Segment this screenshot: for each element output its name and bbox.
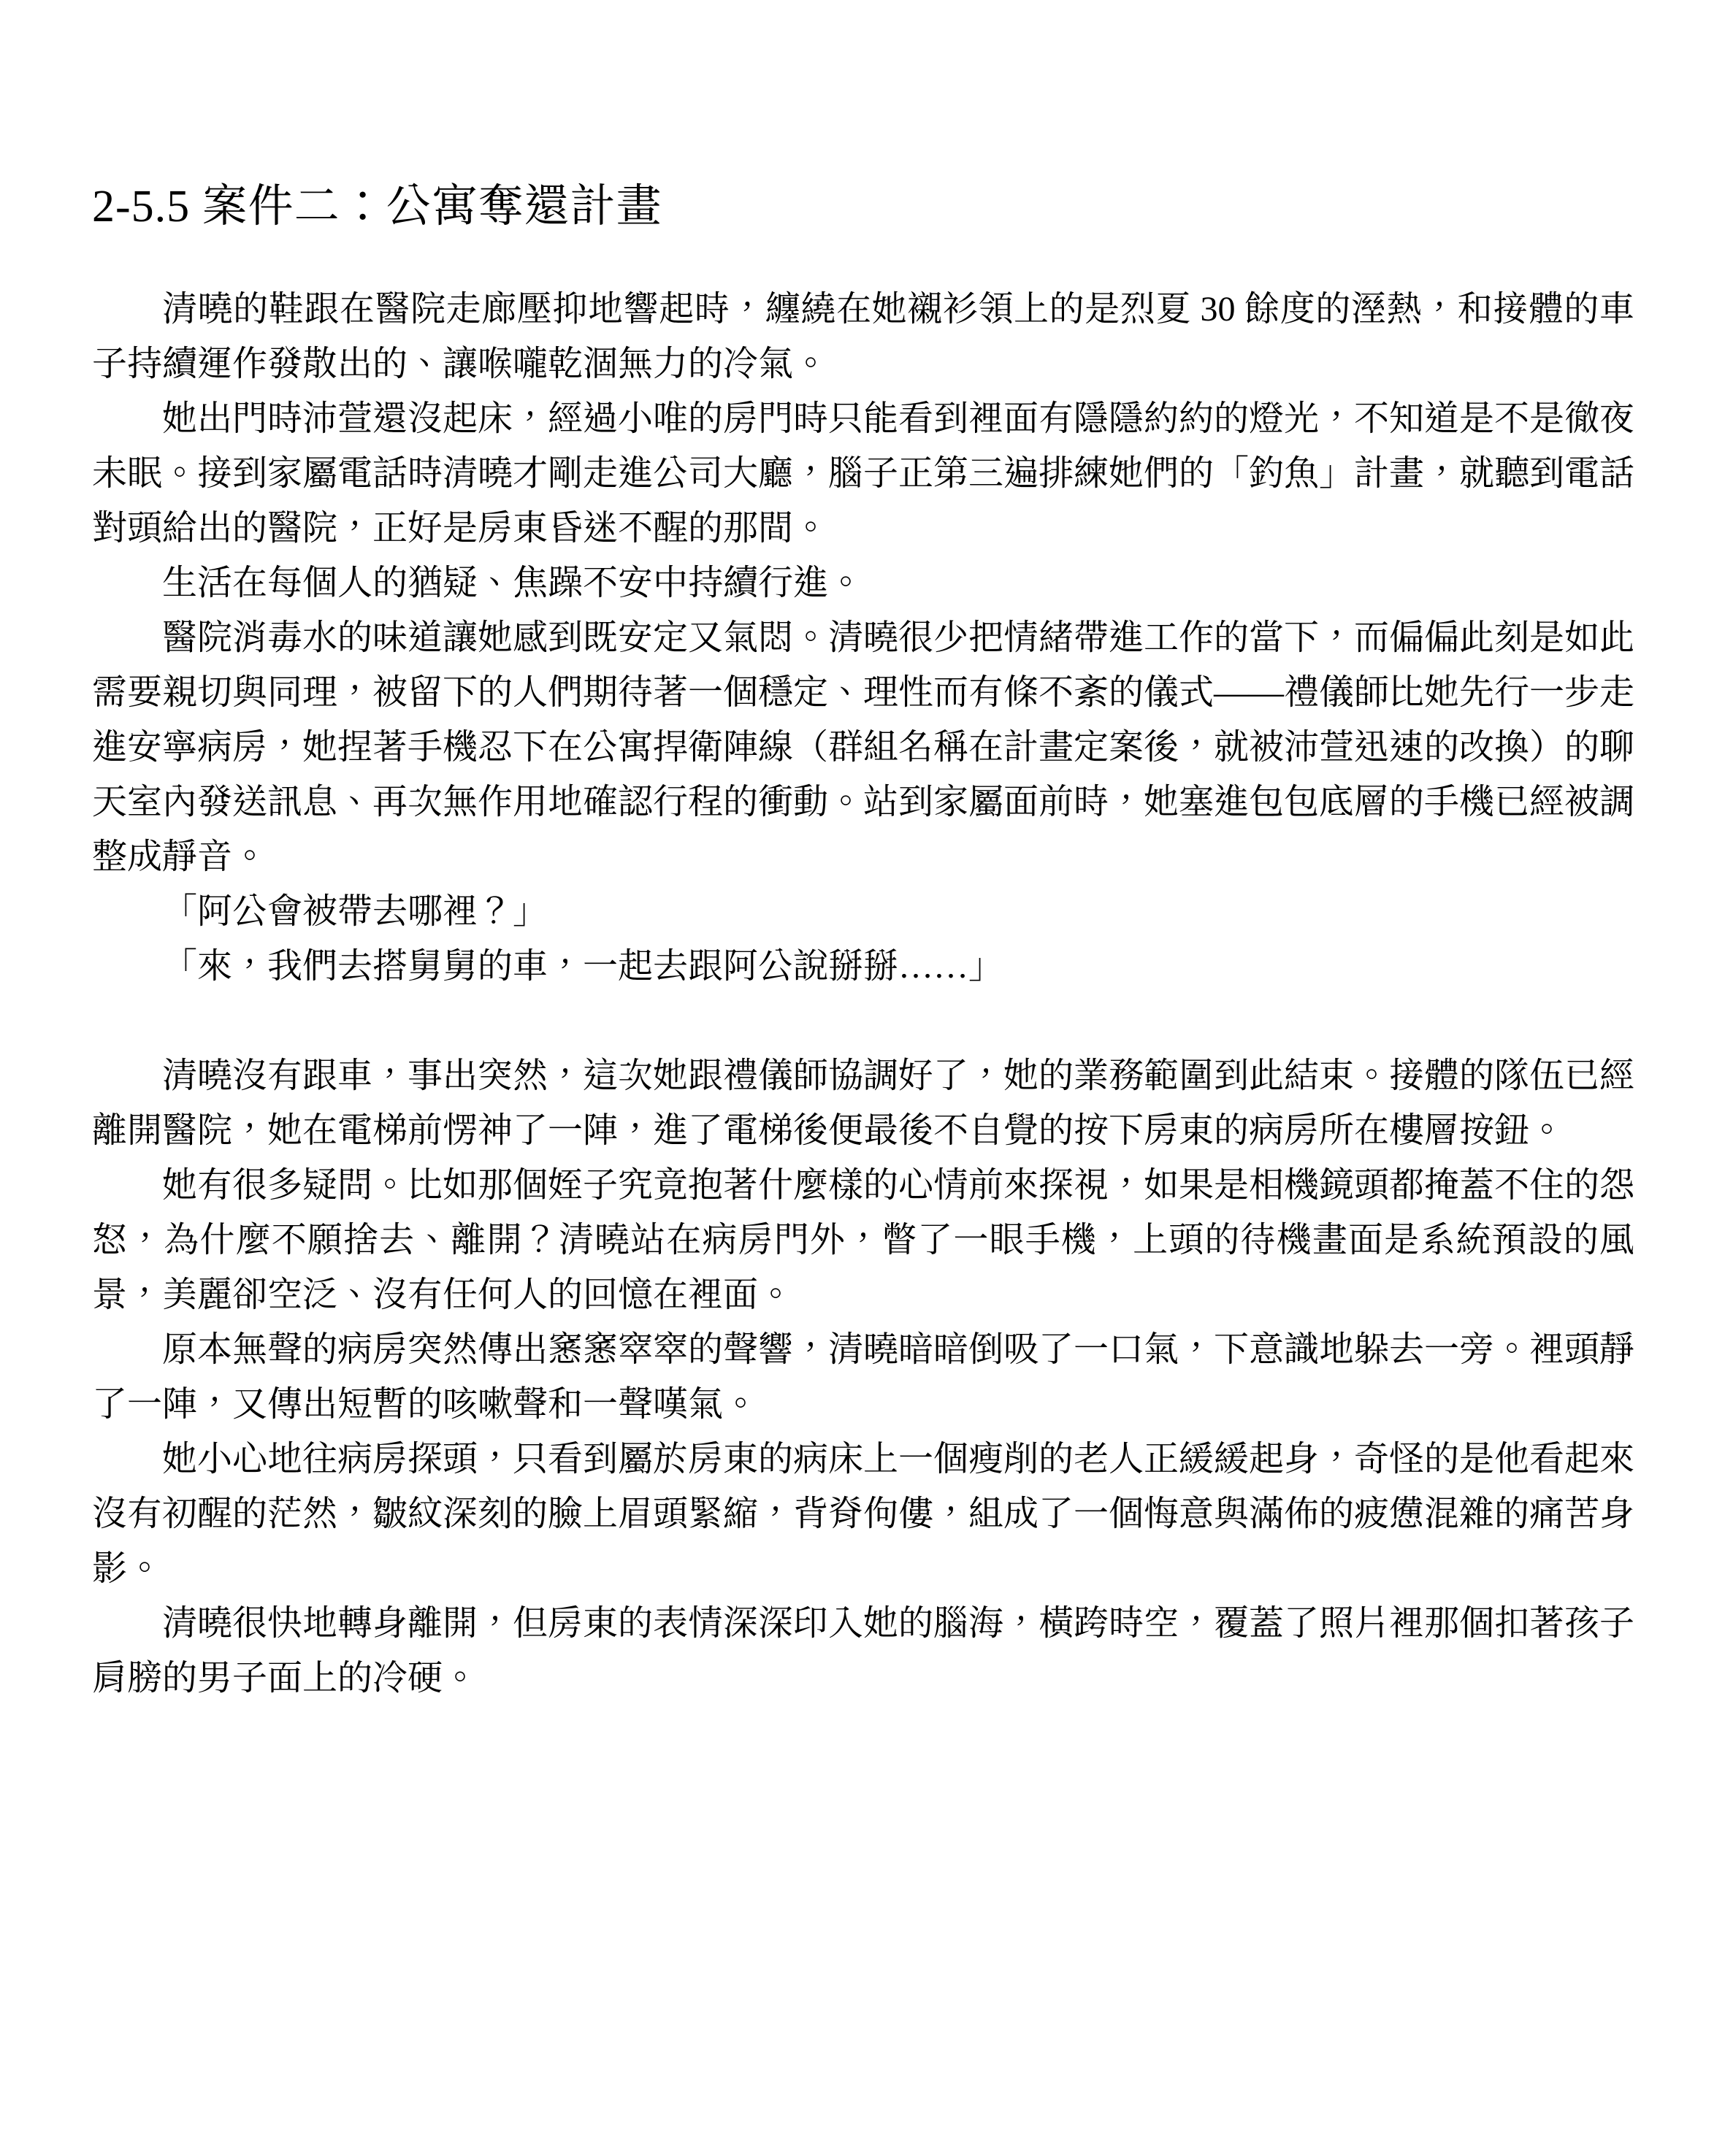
body-paragraph-4: 醫院消毒水的味道讓她感到既安定又氣悶。清曉很少把情緒帶進工作的當下，而偏偏此刻是…: [92, 610, 1634, 884]
body-paragraph-2: 她出門時沛萱還沒起床，經過小唯的房門時只能看到裡面有隱隱約約的燈光，不知道是不是…: [92, 391, 1634, 556]
body-paragraph-1: 清曉的鞋跟在醫院走廊壓抑地響起時，纏繞在她襯衫領上的是烈夏 30 餘度的溼熱，和…: [92, 282, 1634, 391]
document-page: 2-5.5 案件二：公寓奪還計畫 清曉的鞋跟在醫院走廊壓抑地響起時，纏繞在她襯衫…: [0, 0, 1725, 2156]
dialogue-line-2: 「來，我們去搭舅舅的車，一起去跟阿公說掰掰……」: [92, 939, 1634, 994]
body-paragraph-3: 生活在每個人的猶疑、焦躁不安中持續行進。: [92, 556, 1634, 610]
section-heading: 2-5.5 案件二：公寓奪還計畫: [92, 180, 1634, 234]
body-paragraph-6: 她有很多疑問。比如那個姪子究竟抱著什麼樣的心情前來探視，如果是相機鏡頭都掩蓋不住…: [92, 1158, 1634, 1322]
body-paragraph-5: 清曉沒有跟車，事出突然，這次她跟禮儀師協調好了，她的業務範圍到此結束。接體的隊伍…: [92, 1048, 1634, 1158]
body-paragraph-9: 清曉很快地轉身離開，但房東的表情深深印入她的腦海，橫跨時空，覆蓋了照片裡那個扣著…: [92, 1596, 1634, 1706]
dialogue-line-1: 「阿公會被帶去哪裡？」: [92, 884, 1634, 939]
body-paragraph-7: 原本無聲的病房突然傳出窸窸窣窣的聲響，清曉暗暗倒吸了一口氣，下意識地躲去一旁。裡…: [92, 1322, 1634, 1432]
body-paragraph-8: 她小心地往病房探頭，只看到屬於房東的病床上一個瘦削的老人正緩緩起身，奇怪的是他看…: [92, 1432, 1634, 1596]
